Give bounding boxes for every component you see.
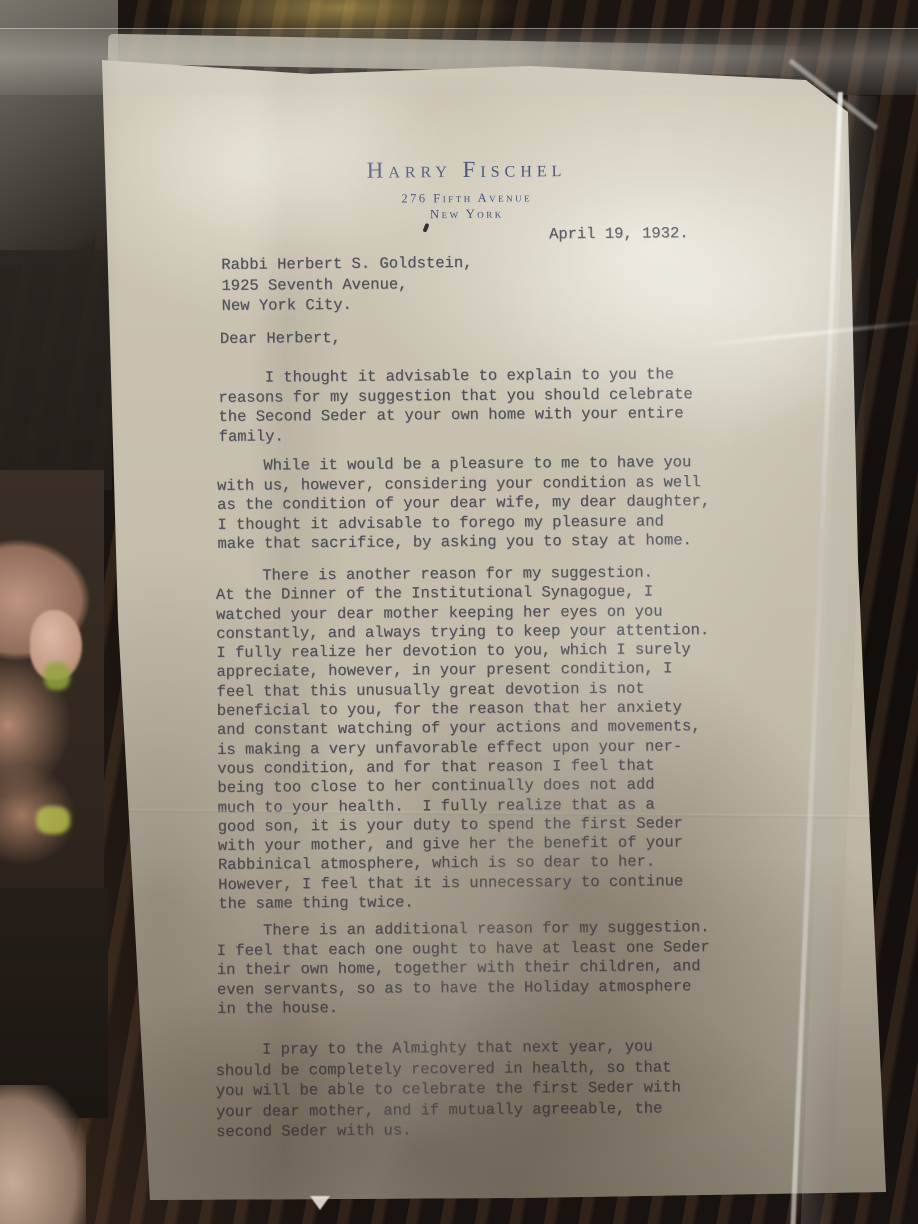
- recipient-address-block: Rabbi Herbert S. Goldstein, 1925 Seventh…: [221, 253, 473, 316]
- salutation: Dear Herbert,: [220, 329, 341, 349]
- paragraph-5: I pray to the Almighty that next year, y…: [215, 1036, 681, 1142]
- background-left-shadow: [0, 250, 112, 490]
- background-green-glimpse: [36, 806, 70, 834]
- background-green-glimpse: [44, 662, 70, 690]
- letter-content: Harry Fischel 276 Fifth Avenue New York …: [0, 0, 918, 1224]
- letterhead-address: 276 Fifth Avenue: [297, 190, 637, 208]
- stray-ink-mark: [422, 223, 429, 233]
- paragraph-3: There is another reason for my suggestio…: [216, 563, 712, 914]
- letterhead-city: New York: [297, 206, 637, 224]
- fingertip-bottom-left: [0, 1085, 86, 1224]
- background-left-dark: [0, 888, 108, 1118]
- paragraph-1: I thought it advisable to explain to you…: [218, 365, 693, 447]
- date-line: April 19, 1932.: [549, 224, 689, 245]
- letterhead-name: Harry Fischel: [296, 156, 636, 185]
- photo-of-letter: Harry Fischel 276 Fifth Avenue New York …: [0, 0, 918, 1224]
- paragraph-4: There is an additional reason for my sug…: [216, 918, 710, 1019]
- plastic-sleeve-top-edge: [0, 28, 918, 95]
- paper-bottom-notch: [310, 1196, 330, 1210]
- paragraph-2: While it would be a pleasure to me to ha…: [217, 453, 711, 554]
- letter-paper: Harry Fischel 276 Fifth Avenue New York …: [0, 0, 918, 1224]
